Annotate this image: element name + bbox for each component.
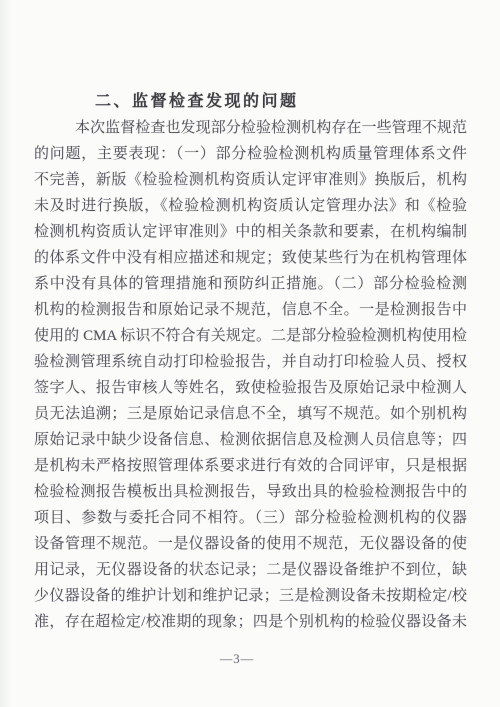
text-line: 检测机构资质认定评审准则》中的相关条款和要素，在机构编制 <box>34 219 467 245</box>
text-line: 验检测管理系统自动打印检验报告，并自动打印检验人员、授权 <box>34 349 467 375</box>
text-line: 项目、参数与委托合同不相符。（三）部分检验检测机构的仪器 <box>34 505 467 531</box>
text-line: 机构的检测报告和原始记录不规范，信息不全。一是检测报告中 <box>34 297 467 323</box>
text-line: 不完善，新版《检验检测机构资质认定评审准则》换版后，机构 <box>34 167 467 193</box>
text-line: 少仪器设备的维护计划和维护记录；三是检测设备未按期检定/校 <box>34 583 467 609</box>
page-number: —3— <box>0 648 474 670</box>
text-line: 原始记录中缺少设备信息、检测依据信息及检测人员信息等；四 <box>34 427 467 453</box>
text-line: 使用的 CMA 标识不符合有关规定。二是部分检验检测机构使用检 <box>34 323 467 349</box>
section-heading: 二、监督检查发现的问题 <box>95 89 299 115</box>
text-line: 检验检测报告模板出具检测报告，导致出具的检验检测报告中的 <box>34 479 467 505</box>
text-line: 本次监督检查也发现部分检验检测机构存在一些管理不规范 <box>34 115 467 141</box>
text-line: 用记录，无仪器设备的状态记录；二是仪器设备维护不到位，缺 <box>34 557 467 583</box>
scan-edge-shadow <box>0 0 13 707</box>
scanned-document-page: 二、监督检查发现的问题 本次监督检查也发现部分检验检测机构存在一些管理不规范的问… <box>0 0 500 707</box>
text-line: 未及时进行换版，《检验检测机构资质认定管理办法》和《检验 <box>34 193 467 219</box>
text-line: 设备管理不规范。一是仪器设备的使用不规范，无仪器设备的使 <box>34 531 467 557</box>
text-line: 系中没有具体的管理措施和预防纠正措施。（二）部分检验检测 <box>34 271 467 297</box>
text-line: 签字人、报告审核人等姓名，致使检验报告及原始记录中检测人 <box>34 375 467 401</box>
text-line: 准，存在超检定/校准期的现象；四是个别机构的检验仪器设备未 <box>34 609 467 635</box>
text-line: 是机构未严格按照管理体系要求进行有效的合同评审，只是根据 <box>34 453 467 479</box>
document-body: 本次监督检查也发现部分检验检测机构存在一些管理不规范的问题，主要表现：（一）部分… <box>34 115 467 635</box>
text-line: 的问题，主要表现：（一）部分检验检测机构质量管理体系文件 <box>34 141 467 167</box>
text-line: 员无法追溯；三是原始记录信息不全，填写不规范。如个别机构 <box>34 401 467 427</box>
text-line: 的体系文件中没有相应描述和规定；致使某些行为在机构管理体 <box>34 245 467 271</box>
